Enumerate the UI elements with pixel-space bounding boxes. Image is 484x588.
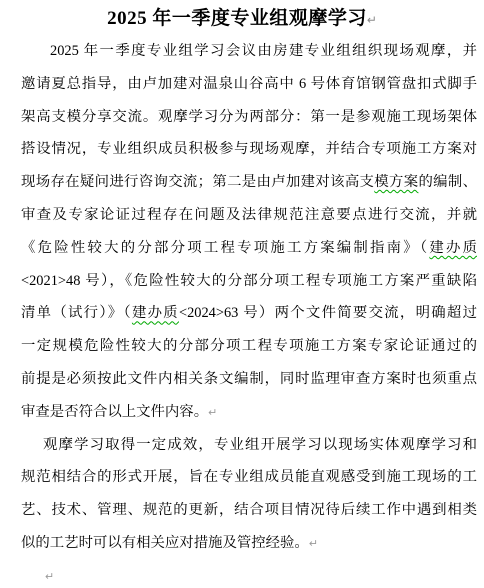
document-title: 2025 年一季度专业组观摩学习↵ bbox=[0, 0, 484, 34]
text-line: 规范相结合的形式开展，旨在专业组成员能直观感受到施工现场的工 bbox=[21, 461, 477, 494]
line-text: 前提是必须按此文件内相关条文编制，同时监理审查方案时也须重点 bbox=[21, 371, 477, 387]
paragraph-mark: ↵ bbox=[208, 407, 217, 419]
spellcheck-flagged-text: 建办质 bbox=[132, 305, 179, 321]
text-line: <2021>48 号），《危险性较大的分部分项工程专项施工方案严重缺陷 bbox=[21, 265, 477, 298]
spellcheck-flagged-text: 建办质 bbox=[429, 240, 477, 256]
text-line: 2025 年一季度专业组学习会议由房建专业组组织现场观摩，并 bbox=[21, 35, 477, 68]
line-text: 邀请夏总指导，由卢加建对温泉山谷高中 6 号体育馆钢管盘扣式脚手 bbox=[21, 76, 477, 92]
text-line: 审查及专家论证过程存在问题及法律规范注意要点进行交流，并就 bbox=[21, 199, 477, 232]
document-body: 2025 年一季度专业组学习会议由房建专业组组织现场观摩，并 邀请夏总指导，由卢… bbox=[0, 34, 484, 588]
line-text: 《危险性较大的分部分项工程专项施工方案编制指南》（ bbox=[21, 240, 429, 256]
text-line: 《危险性较大的分部分项工程专项施工方案编制指南》（建办质 bbox=[21, 232, 477, 265]
paragraph-mark: ↵ bbox=[309, 538, 318, 550]
text-line: 一定规模危险性较大的分部分项工程专项施工方案专家论证通过的 bbox=[21, 330, 477, 363]
text-line: 现场存在疑问进行咨询交流；第二是由卢加建对该高支模方案的编制、 bbox=[21, 166, 477, 199]
text-line: 观摩学习取得一定成效，专业组开展学习以现场实体观摩学习和 bbox=[21, 429, 477, 462]
line-text: 审查及专家论证过程存在问题及法律规范注意要点进行交流，并就 bbox=[21, 207, 477, 223]
line-text: 似的工艺时可以有相关应对措施及管控经验。 bbox=[21, 535, 309, 551]
title-text: 2025 年一季度专业组观摩学习 bbox=[107, 8, 367, 29]
text-line: 前提是必须按此文件内相关条文编制，同时监理审查方案时也须重点 bbox=[21, 363, 477, 396]
text-line: 搭设情况，专业组织成员积极参与现场观摩，并结合专项施工方案对 bbox=[21, 133, 477, 166]
paragraph-mark: ↵ bbox=[367, 13, 377, 27]
text-line: 似的工艺时可以有相关应对措施及管控经验。↵ bbox=[21, 527, 477, 560]
line-text: 规范相结合的形式开展，旨在专业组成员能直观感受到施工现场的工 bbox=[21, 469, 477, 485]
spellcheck-flagged-text: 模方案 bbox=[374, 174, 418, 190]
line-text: 清单（试行）》（ bbox=[21, 305, 132, 321]
document-page: 2025 年一季度专业组观摩学习↵ 2025 年一季度专业组学习会议由房建专业组… bbox=[0, 0, 484, 588]
line-text: <2024>63 号）两个文件简要交流，明确超过 bbox=[179, 305, 477, 321]
text-line: 架高支模分享交流。观摩学习分为两部分：第一是参观施工现场架体 bbox=[21, 101, 477, 134]
text-line: 审查是否符合以上文件内容。↵ bbox=[21, 396, 477, 429]
line-text: <2021>48 号），《危险性较大的分部分项工程专项施工方案严重缺陷 bbox=[21, 273, 477, 289]
paragraph-mark: ↵ bbox=[45, 571, 54, 583]
text-line: 邀请夏总指导，由卢加建对温泉山谷高中 6 号体育馆钢管盘扣式脚手 bbox=[21, 68, 477, 101]
text-line: 艺、技术、管理、规范的更新，结合项目情况待后续工作中遇到相类 bbox=[21, 494, 477, 527]
line-text: 一定规模危险性较大的分部分项工程专项施工方案专家论证通过的 bbox=[21, 338, 477, 354]
line-text: 架高支模分享交流。观摩学习分为两部分：第一是参观施工现场架体 bbox=[21, 109, 477, 125]
text-line: ↵ bbox=[21, 560, 477, 588]
text-line: 清单（试行）》（建办质<2024>63 号）两个文件简要交流，明确超过 bbox=[21, 297, 477, 330]
line-text: 2025 年一季度专业组学习会议由房建专业组组织现场观摩，并 bbox=[50, 43, 477, 59]
line-text: 观摩学习取得一定成效，专业组开展学习以现场实体观摩学习和 bbox=[43, 437, 477, 453]
line-text: 现场存在疑问进行咨询交流；第二是由卢加建对该高支 bbox=[21, 174, 374, 190]
line-text: 搭设情况，专业组织成员积极参与现场观摩，并结合专项施工方案对 bbox=[21, 141, 477, 157]
line-text: 的编制、 bbox=[418, 174, 477, 190]
line-text: 审查是否符合以上文件内容。 bbox=[21, 404, 208, 420]
line-text: 艺、技术、管理、规范的更新，结合项目情况待后续工作中遇到相类 bbox=[21, 502, 477, 518]
